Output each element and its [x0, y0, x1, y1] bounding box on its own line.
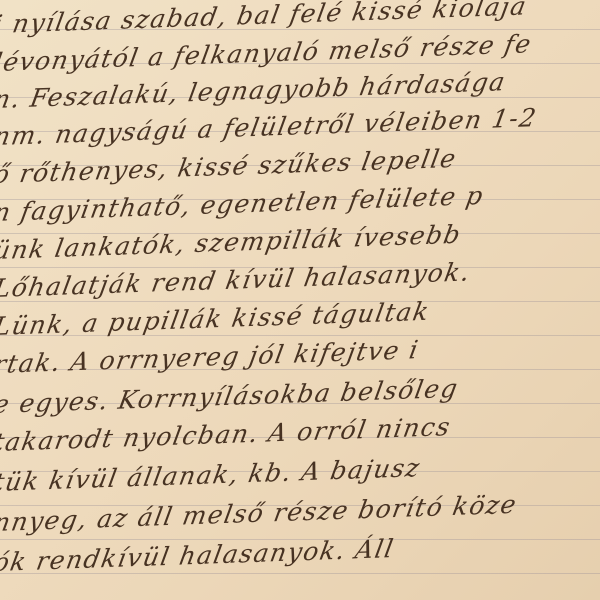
- handwritten-line-12: takarodt nyolcban. A orról nincs: [0, 412, 453, 457]
- lined-paper: i nyílása szabad, bal felé kissé kiolaja…: [0, 0, 600, 600]
- handwritten-line-6: n fagyinthatő, egenetlen felülete p: [0, 181, 486, 227]
- handwritten-line-11: e egyes. Korrnyílásokba belsőleg: [0, 374, 461, 419]
- handwritten-line-9: Lünk, a pupillák kissé tágultak: [0, 297, 432, 341]
- handwritten-line-7: ünk lankatók, szempillák ívesebb: [0, 220, 464, 266]
- handwritten-line-10: rtak. A orrnyereg jól kifejtve i: [0, 335, 422, 379]
- handwritten-line-5: ő rőthenyes, kissé szűkes lepelle: [0, 144, 459, 189]
- handwritten-line-13: tük kívül állanak, kb. A bajusz: [0, 453, 423, 497]
- handwritten-line-14: nnyeg, az áll melső része borító köze: [0, 490, 520, 537]
- handwritten-line-15: ók rendkívül halasanyok. Áll: [0, 534, 397, 577]
- handwritten-line-8: Lőhalatják rend kívül halasanyok.: [0, 257, 473, 303]
